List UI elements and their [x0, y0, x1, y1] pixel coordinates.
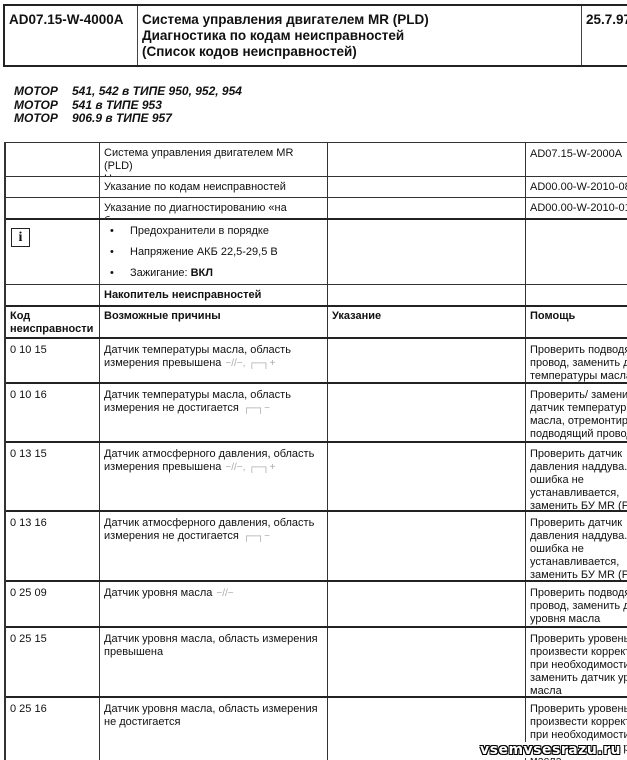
section-row: Накопитель неисправностей	[6, 284, 627, 305]
fault-note	[328, 443, 526, 510]
fault-code: 0 13 15	[6, 443, 100, 510]
fault-note	[328, 628, 526, 696]
title-line: Диагностика по кодам неисправностей	[142, 28, 581, 44]
fault-help: Проверить уровеньпроизвести корректировк…	[526, 628, 627, 696]
fault-cause: Датчик уровня масла, область измерения п…	[100, 628, 328, 696]
fault-help: Проверить подводящийпровод, заменить дат…	[526, 339, 627, 382]
fault-note	[328, 512, 526, 580]
fault-row: 0 13 16Датчик атмосферного давления, обл…	[6, 510, 627, 580]
fault-note	[328, 582, 526, 626]
fault-code: 0 10 15	[6, 339, 100, 382]
fault-table: Система управления двигателем MR (PLD)На…	[4, 142, 627, 760]
fault-row: 0 13 15Датчик атмосферного давления, обл…	[6, 441, 627, 510]
fault-cause: Датчик уровня масла, область измерения н…	[100, 698, 328, 760]
fault-cause: Датчик атмосферного давления, область из…	[100, 512, 328, 580]
column-header-code: Код неисправности	[6, 307, 100, 337]
signal-symbol-icon: −//−, ┌─┐+	[225, 462, 275, 473]
doc-date: 25.7.97	[582, 6, 627, 71]
fault-row: 0 25 09Датчик уровня масла−//−Проверить …	[6, 580, 627, 626]
precondition-list: Предохранители в порядке Напряжение АКБ …	[104, 225, 328, 284]
fault-help: Проверить/ заменитьдатчик температурымас…	[526, 384, 627, 441]
precondition-item: Зажигание: ВКЛ	[104, 267, 328, 284]
doc-code: AD07.15-W-4000A	[5, 6, 138, 65]
title-line: Система управления двигателем MR (PLD)	[142, 12, 581, 28]
info-row: i Предохранители в порядке Напряжение АК…	[6, 218, 627, 284]
signal-symbol-icon: ┌─┐−	[243, 403, 270, 414]
signal-symbol-icon: −//−, ┌─┐+	[225, 358, 275, 369]
fault-code: 0 25 16	[6, 698, 100, 760]
fault-help: Проверить датчикдавления наддува. Еслиош…	[526, 512, 627, 580]
column-header-row: Код неисправности Возможные причины Указ…	[6, 305, 627, 337]
fault-code: 0 25 09	[6, 582, 100, 626]
reference-link[interactable]: AD00.00-W-2010-01A	[526, 198, 627, 218]
fault-rows: 0 10 15Датчик температуры масла, область…	[6, 337, 627, 760]
section-title: Накопитель неисправностей	[100, 285, 328, 305]
doc-title: Система управления двигателем MR (PLD) Д…	[138, 6, 582, 65]
fault-cause: Датчик атмосферного давления, область из…	[100, 443, 328, 510]
fault-code: 0 25 15	[6, 628, 100, 696]
fault-help: Проверить датчикдавления наддува. Еслиош…	[526, 443, 627, 510]
precondition-item: Предохранители в порядке	[104, 225, 328, 246]
reference-row: Указание по диагностированию «на борту» …	[6, 197, 627, 218]
fault-cause: Датчик температуры масла, область измере…	[100, 339, 328, 382]
info-icon: i	[11, 228, 30, 247]
reference-row: Указание по кодам неисправностей AD00.00…	[6, 176, 627, 197]
fault-cause: Датчик температуры масла, область измере…	[100, 384, 328, 441]
document-header: AD07.15-W-4000A Система управления двига…	[3, 4, 627, 67]
reference-link[interactable]: AD07.15-W-2000A	[526, 143, 627, 176]
motor-list: МОТОР541, 542 в ТИПЕ 950, 952, 954 МОТОР…	[14, 85, 242, 126]
fault-row: 0 25 15Датчик уровня масла, область изме…	[6, 626, 627, 696]
fault-row: 0 10 16Датчик температуры масла, область…	[6, 382, 627, 441]
fault-row: 0 10 15Датчик температуры масла, область…	[6, 337, 627, 382]
precondition-item: Напряжение АКБ 22,5-29,5 В	[104, 246, 328, 267]
fault-note	[328, 384, 526, 441]
title-line: (Список кодов неисправностей)	[142, 44, 581, 60]
motor-line: МОТОР541 в ТИПЕ 953	[14, 99, 242, 113]
fault-note	[328, 339, 526, 382]
fault-code: 0 10 16	[6, 384, 100, 441]
signal-symbol-icon: ┌─┐−	[243, 531, 270, 542]
column-header-note: Указание	[328, 307, 526, 337]
reference-row: Система управления двигателем MR (PLD)На…	[6, 142, 627, 176]
fault-cause: Датчик уровня масла−//−	[100, 582, 328, 626]
fault-code: 0 13 16	[6, 512, 100, 580]
motor-line: МОТОР541, 542 в ТИПЕ 950, 952, 954	[14, 85, 242, 99]
watermark: vsemvsesrazu.ru	[478, 742, 623, 758]
reference-link[interactable]: AD00.00-W-2010-08A	[526, 177, 627, 197]
column-header-help: Помощь	[526, 307, 627, 337]
column-header-cause: Возможные причины	[100, 307, 328, 337]
signal-symbol-icon: −//−	[216, 588, 233, 599]
motor-line: МОТОР906.9 в ТИПЕ 957	[14, 112, 242, 126]
fault-help: Проверить подводящийпровод, заменить дат…	[526, 582, 627, 626]
